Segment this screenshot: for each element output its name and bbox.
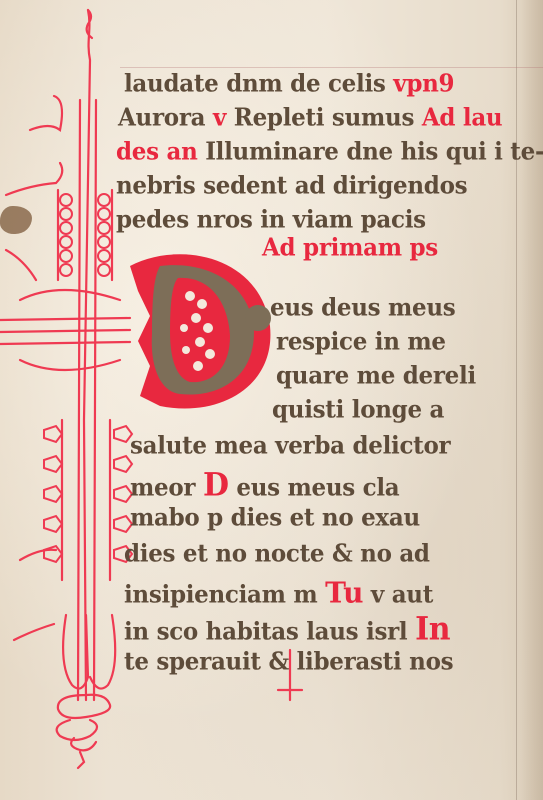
rubric-initial: D [203,467,229,504]
line-text: quisti longe a [272,395,444,423]
line-text: eus deus meus [270,293,455,321]
text-line-14: dies et no nocte & no ad [124,539,430,567]
rubric-text: Ad lau [422,103,503,131]
line-text: mabo p dies et no exau [130,503,420,531]
line-text: salute mea verba delictor [130,431,450,459]
rubric-letter: v [213,103,226,131]
line-text: quare me dereli [276,361,476,389]
text-line-5: pedes nros in viam pacis [116,205,426,233]
line-text: pedes nros in viam pacis [116,205,426,233]
text-line-8: respice in me [276,327,446,355]
manuscript-page: laudate dnm de celis vpn9 Aurora v Reple… [0,0,543,800]
text-line-2: Aurora v Repleti sumus Ad lau [118,103,502,131]
line-text: Illuminare dne his qui i te- [205,137,543,165]
text-line-16: in sco habitas laus isrl In [124,611,450,648]
line-text: v aut [371,580,433,608]
rubric-text: vpn9 [393,69,454,97]
line-text: Repleti sumus [234,103,414,131]
line-text: dies et no nocte & no ad [124,539,430,567]
text-line-4: nebris sedent ad dirigendos [116,171,467,199]
text-line-12: meor D eus meus cla [130,467,399,504]
rubric-initial: Tu [325,575,363,610]
rubric-initial: In [415,611,450,648]
text-line-17: te sperauit & liberasti nos [124,647,453,675]
line-text: respice in me [276,327,446,355]
line-text: in sco habitas laus isrl [124,617,407,645]
line-text: insipienciam m [124,580,317,608]
text-line-10: quisti longe a [272,395,444,423]
text-line-1: laudate dnm de celis vpn9 [124,69,454,97]
rubric-heading: Ad primam ps [262,233,438,261]
text-line-3: des an Illuminare dne his qui i te- [116,137,543,165]
rubric-text: des an [116,137,198,165]
text-line-11: salute mea verba delictor [130,431,450,459]
text-line-9: quare me dereli [276,361,476,389]
line-text: meor [130,473,195,501]
line-text: eus meus cla [236,473,399,501]
line-text: nebris sedent ad dirigendos [116,171,467,199]
decorated-initial-d [120,246,280,416]
rubric-text: Ad primam ps [262,233,438,261]
line-text: te sperauit & liberasti nos [124,647,453,675]
line-text: Aurora [118,103,205,131]
line-text: laudate dnm de celis [124,69,386,97]
text-line-7: eus deus meus [270,293,455,321]
text-line-15: insipienciam m Tu v aut [124,575,433,610]
text-line-13: mabo p dies et no exau [130,503,420,531]
